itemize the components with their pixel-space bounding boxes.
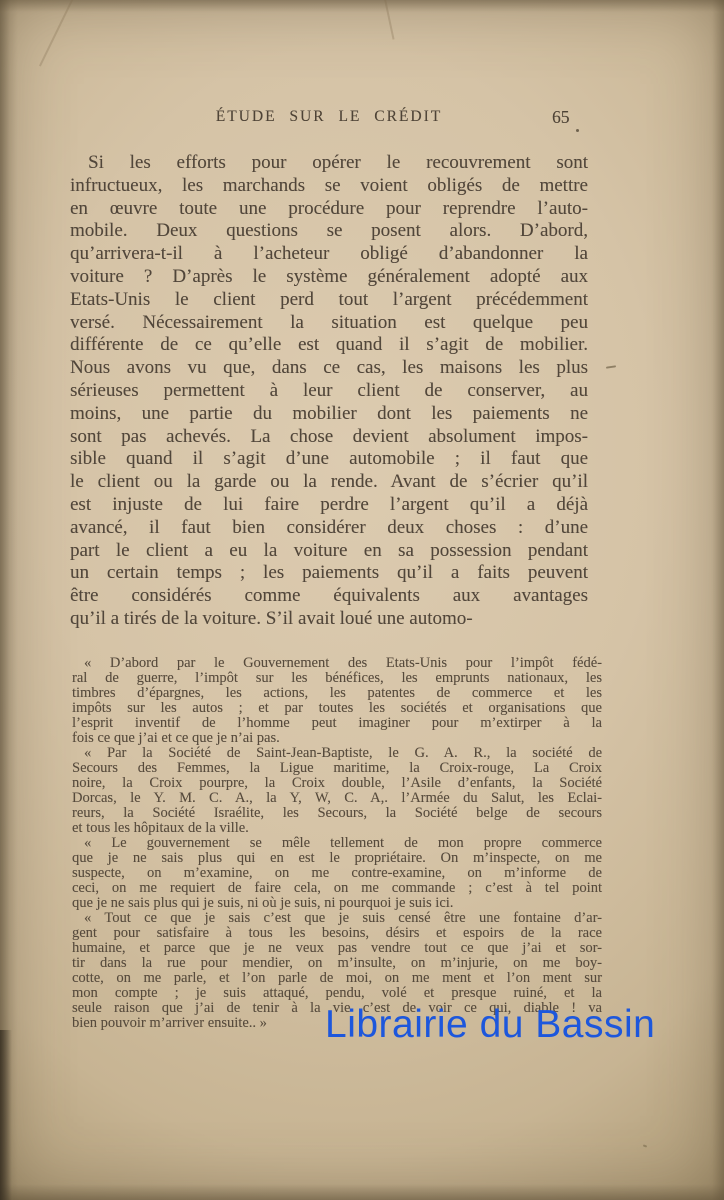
text-line: tir dans la rue pour mendier, on m’insul…	[72, 956, 602, 971]
text-line: Dorcas, le Y. M. C. A., la Y, W, C. A,. …	[72, 791, 602, 806]
footnotes: « D’abord par le Gouvernement des Etats-…	[72, 656, 602, 1031]
text-line: ceci, on me requiert de faire cela, on m…	[72, 881, 602, 896]
text-line: différente de ce qu’elle est quand il s’…	[70, 334, 588, 357]
text-line: noire, la Croix pourpre, la Croix double…	[72, 776, 602, 791]
text-line: infructueux, les marchands se voient obl…	[70, 175, 588, 198]
text-line: qu’arrivera-t-il à l’acheteur obligé d’a…	[70, 243, 588, 266]
text-line: ral de guerre, l’impôt sur les bénéfices…	[72, 671, 602, 686]
text-line: timbres d’épargnes, les actions, les pat…	[72, 686, 602, 701]
text-line: cotte, on me parle, et l’on parle de moi…	[72, 971, 602, 986]
text-line: sible quand il s’agit d’une automobile ;…	[70, 448, 588, 471]
footnote-paragraph: « Le gouvernement se mêle tellement de m…	[72, 836, 602, 911]
text-line: suspecte, on m’examine, on me contre-exa…	[72, 866, 602, 881]
text-line: que je ne sais plus qui je suis, ni où j…	[72, 896, 602, 911]
text-line: Si les efforts pour opérer le recouvreme…	[70, 152, 588, 175]
page-edge-shadow-top	[0, 0, 724, 12]
book-page-photo: ÉTUDE SUR LE CRÉDIT 65 Si les efforts po…	[0, 0, 724, 1200]
text-line: « D’abord par le Gouvernement des Etats-…	[72, 656, 602, 671]
text-line: l’esprit inventif de l’homme peut imagin…	[72, 716, 602, 731]
binding-shadow	[0, 1030, 12, 1200]
text-line: Nous avons vu que, dans ce cas, les mais…	[70, 357, 588, 380]
text-line: fois ce que j’ai et ce que je n’ai pas.	[72, 731, 602, 746]
text-line: « Par la Société de Saint-Jean-Baptiste,…	[72, 746, 602, 761]
footnote-paragraph: « Par la Société de Saint-Jean-Baptiste,…	[72, 746, 602, 836]
footnote-paragraph: « D’abord par le Gouvernement des Etats-…	[72, 656, 602, 746]
paper-crease	[383, 0, 394, 40]
text-line: un certain temps ; les paiements qu’il a…	[70, 562, 588, 585]
text-line: mobile. Deux questions se posent alors. …	[70, 220, 588, 243]
paper-speck	[576, 129, 579, 132]
running-head-title: ÉTUDE SUR LE CRÉDIT	[70, 108, 588, 126]
text-line: en œuvre toute une procédure pour repren…	[70, 198, 588, 221]
text-line: et tous les hôpitaux de la ville.	[72, 821, 602, 836]
text-line: mon compte ; je suis attaqué, pendu, vol…	[72, 986, 602, 1001]
text-line: impôts sur les autos ; et par toutes les…	[72, 701, 602, 716]
text-line: « Tout ce que je sais c’est que je suis …	[72, 911, 602, 926]
watermark: Librairie du Bassin	[325, 1004, 655, 1046]
text-line: sont pas achevés. La chose devient absol…	[70, 426, 588, 449]
paper-speck	[606, 365, 616, 368]
text-line: part le client a eu la voiture en sa pos…	[70, 540, 588, 563]
text-line: qu’il a tirés de la voiture. S’il avait …	[70, 608, 588, 631]
page-edge-shadow-left	[0, 0, 18, 1200]
text-line: gent pour satisfaire à tous les besoins,…	[72, 926, 602, 941]
text-line: moins, une partie du mobilier dont les p…	[70, 403, 588, 426]
text-line: versé. Nécessairement la situation est q…	[70, 312, 588, 335]
page-edge-shadow-right	[712, 0, 724, 1200]
text-line: que je ne sais plus qui en est le propri…	[72, 851, 602, 866]
text-line: sérieuses permettent à leur client de co…	[70, 380, 588, 403]
page-edge-shadow-bottom	[0, 1184, 724, 1200]
text-line: Secours des Femmes, la Ligue maritime, l…	[72, 761, 602, 776]
text-line: reurs, la Société Israélite, les Secours…	[72, 806, 602, 821]
text-line: avancé, il faut bien considérer deux cho…	[70, 517, 588, 540]
paper-speck	[643, 1144, 647, 1147]
text-line: humaine, et parce que je ne veux pas ven…	[72, 941, 602, 956]
text-line: est injuste de lui faire perdre l’argent…	[70, 494, 588, 517]
page-number: 65	[552, 107, 570, 128]
text-line: Etats-Unis le client perd tout l’argent …	[70, 289, 588, 312]
text-line: le client ou la garde ou la rende. Avant…	[70, 471, 588, 494]
text-line: être considérés comme équivalents aux av…	[70, 585, 588, 608]
paper-crease	[39, 0, 75, 66]
text-line: voiture ? D’après le système généralemen…	[70, 266, 588, 289]
body-text: Si les efforts pour opérer le recouvreme…	[70, 152, 588, 631]
text-line: « Le gouvernement se mêle tellement de m…	[72, 836, 602, 851]
